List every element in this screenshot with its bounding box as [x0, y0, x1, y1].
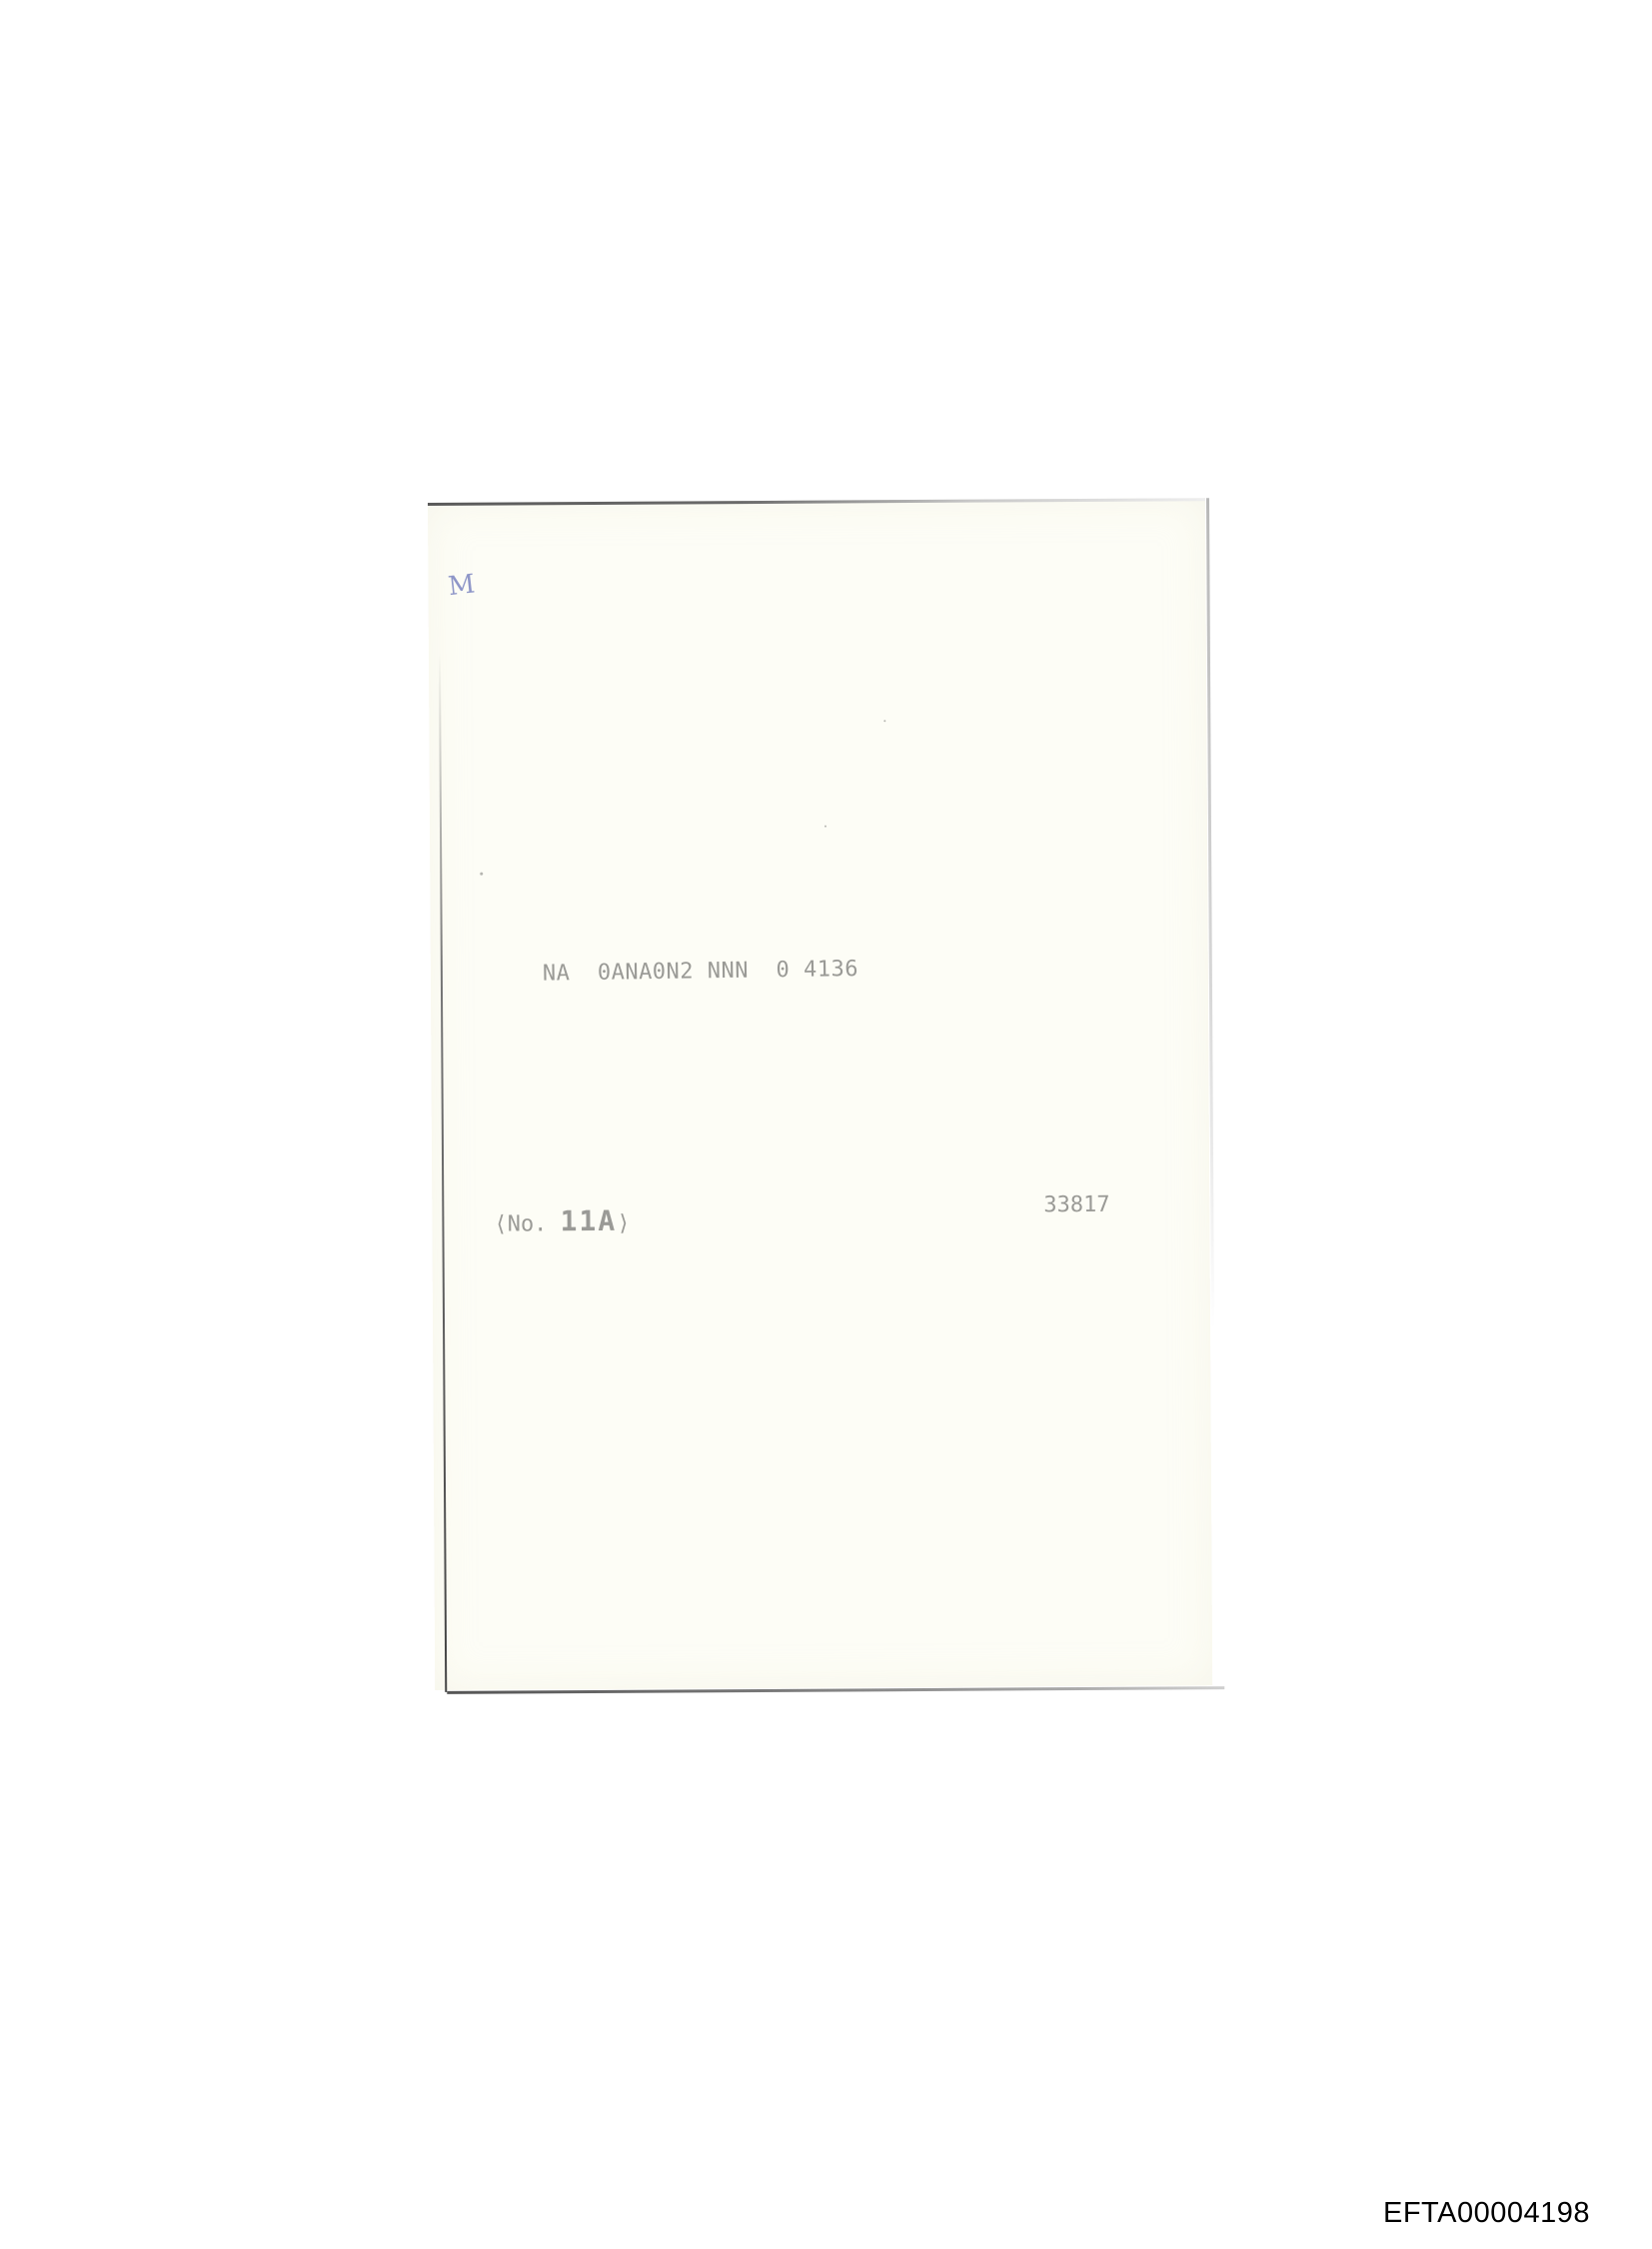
scanned-page: M NA 0ANA0N2 NNN 0 4136 ⟨No. 11A⟩ 33817 …	[0, 0, 1652, 2249]
dust-speck	[883, 720, 885, 722]
print-number-suffix: A	[598, 1204, 617, 1237]
print-number: 11	[561, 1204, 599, 1237]
bleed-through-mark	[711, 1131, 769, 1165]
bleed-through-mark	[675, 723, 757, 761]
print-number-label: ⟨No. 11A⟩	[494, 1204, 630, 1238]
serial-number: 33817	[1043, 1192, 1109, 1217]
print-number-close: ⟩	[617, 1211, 630, 1236]
card-edge-top	[428, 498, 1205, 506]
dust-speck	[480, 873, 483, 876]
photo-card-back: M NA 0ANA0N2 NNN 0 4136 ⟨No. 11A⟩ 33817	[428, 498, 1212, 1690]
dust-speck	[825, 826, 826, 828]
printed-lab-code: NA 0ANA0N2 NNN 0 4136	[543, 957, 858, 987]
card-edge-bottom	[447, 1686, 1224, 1694]
card-edge-right	[1206, 498, 1214, 1329]
document-id-stamp: EFTA00004198	[1383, 2197, 1590, 2230]
handwritten-mark: M	[447, 569, 477, 602]
print-number-prefix: ⟨No.	[494, 1211, 547, 1236]
card-edge-left	[439, 653, 447, 1692]
